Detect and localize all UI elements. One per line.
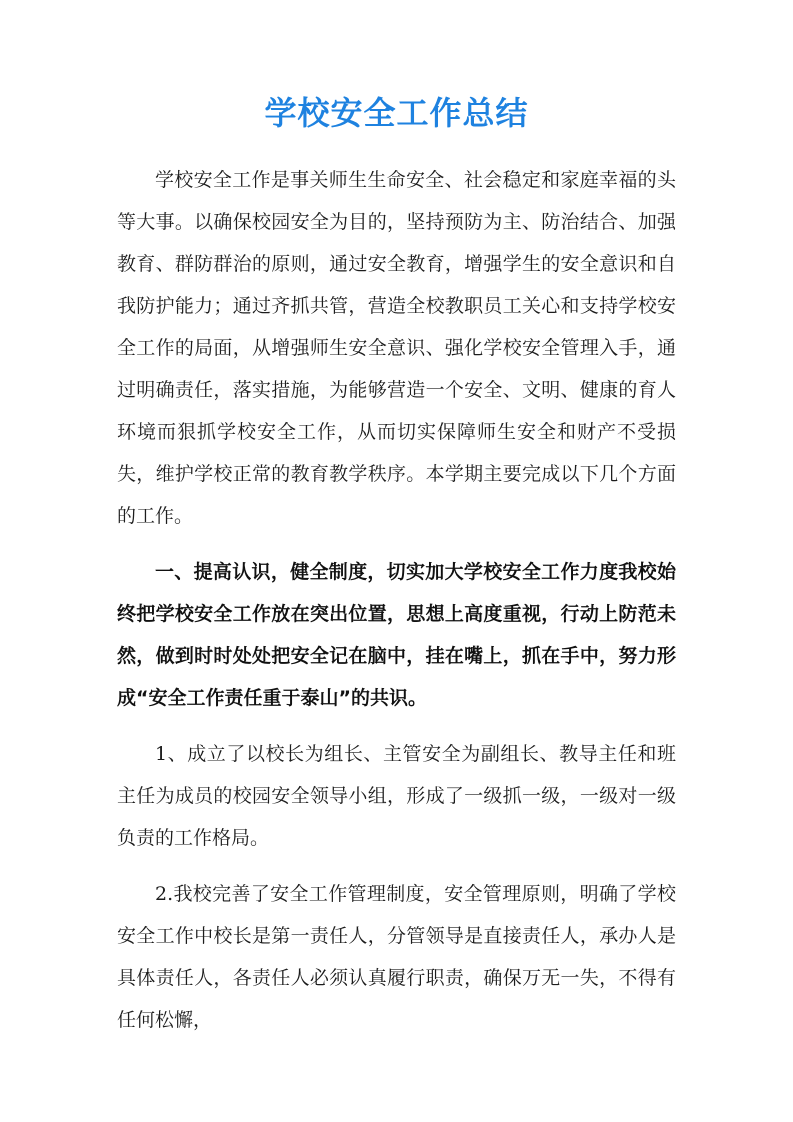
paragraph-section-1-heading: 一、提高认识，健全制度，切实加大学校安全工作力度我校始终把学校安全工作放在突出位… bbox=[117, 551, 676, 719]
paragraph-intro: 学校安全工作是事关师生生命安全、社会稳定和家庭幸福的头等大事。以确保校园安全为目… bbox=[117, 159, 676, 537]
document-page: 学校安全工作总结 学校安全工作是事关师生生命安全、社会稳定和家庭幸福的头等大事。… bbox=[0, 0, 793, 1122]
document-title: 学校安全工作总结 bbox=[117, 92, 676, 135]
paragraph-item-2: 2.我校完善了安全工作管理制度，安全管理原则，明确了学校安全工作中校长是第一责任… bbox=[117, 873, 676, 1041]
paragraph-item-1: 1、成立了以校长为组长、主管安全为副组长、教导主任和班主任为成员的校园安全领导小… bbox=[117, 733, 676, 859]
